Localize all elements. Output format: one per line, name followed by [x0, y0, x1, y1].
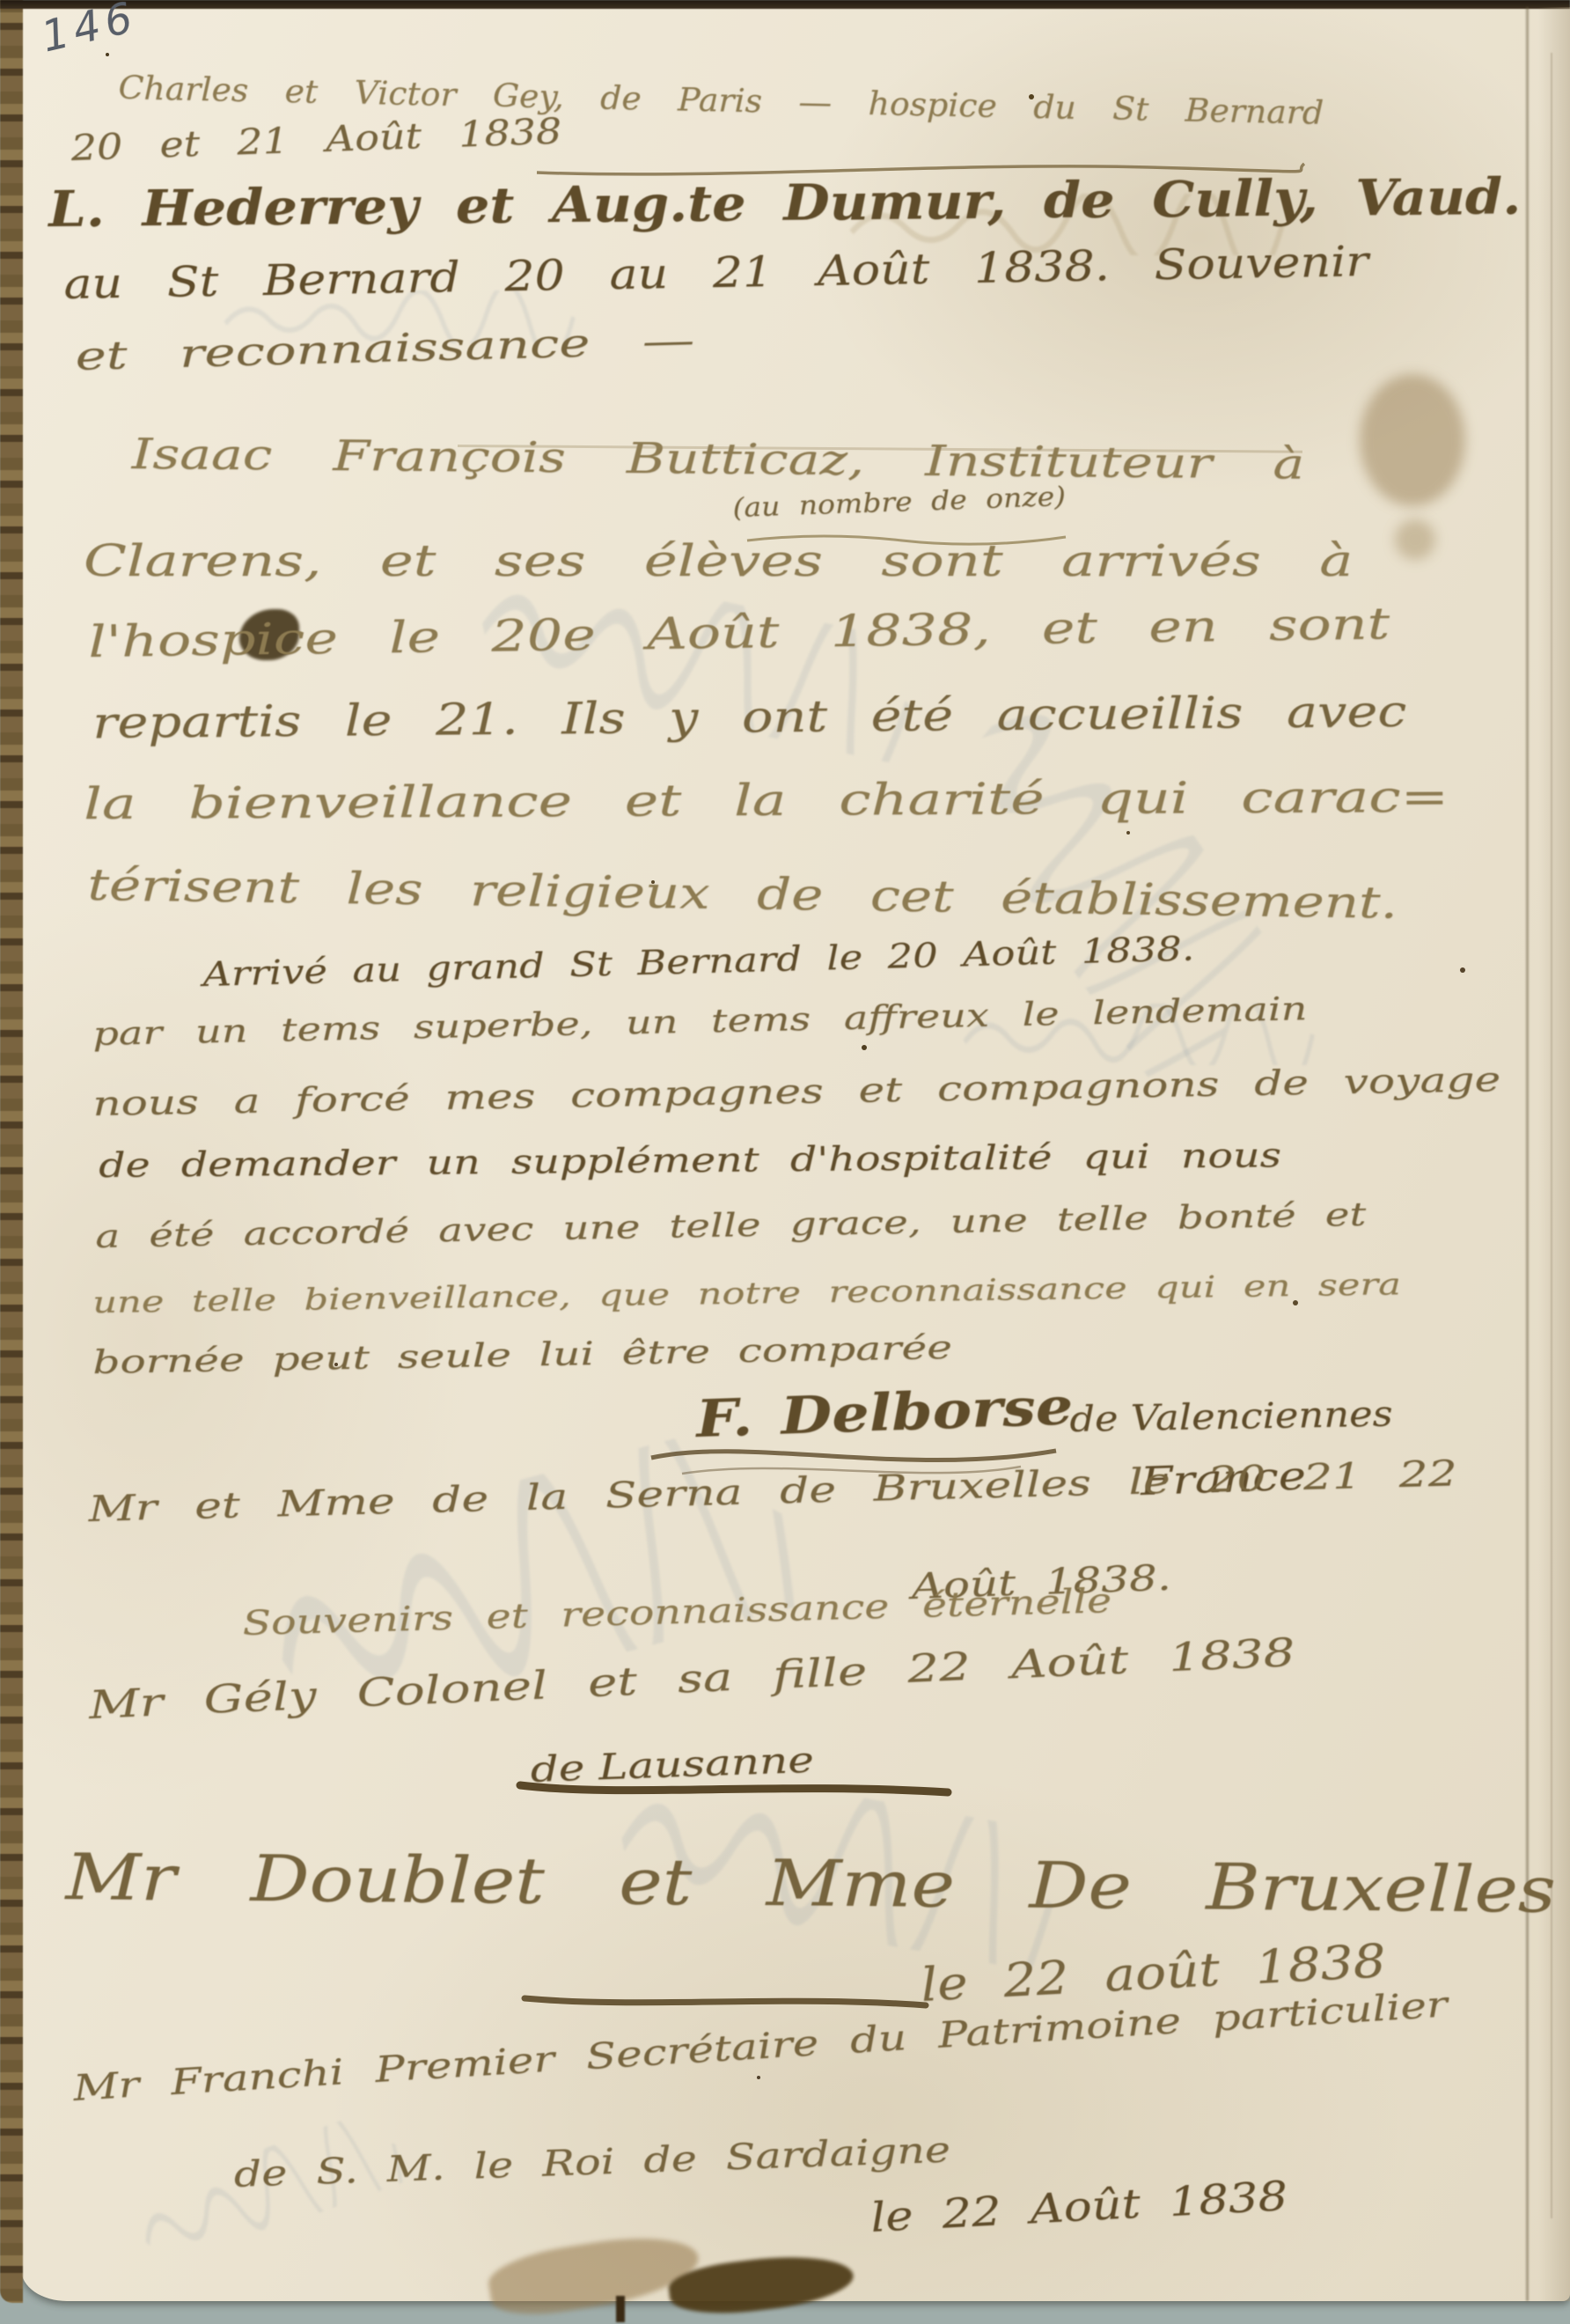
binding-thread — [616, 2296, 625, 2322]
ink-stain — [1395, 519, 1435, 560]
entry-butticaz-line5: la bienveillance et la charité qui carac… — [84, 771, 1449, 829]
manuscript-scan: 146 Charles et Victor Gey, de Paris — ho… — [0, 0, 1570, 2324]
entry-doublet-line1: Mr Doublet et Mme De Bruxelles — [65, 1840, 1556, 1927]
book-binding — [0, 0, 23, 2303]
entry-butticaz-line2: Clarens, et ses élèves sont arrivés à — [84, 535, 1353, 586]
book-top-edge — [0, 0, 1570, 9]
ink-stain — [1360, 374, 1465, 506]
entry-butticaz-line1: Isaac François Butticaz, Instituteur à — [132, 430, 1305, 489]
doublet-dash — [519, 1988, 933, 2014]
paper-specks — [106, 53, 109, 56]
lausanne-underline — [515, 1771, 955, 1801]
page-edge-shade — [1538, 7, 1570, 2301]
entry-delborse-origin: de Valenciennes — [1069, 1394, 1393, 1440]
page-crease — [1526, 7, 1529, 2301]
